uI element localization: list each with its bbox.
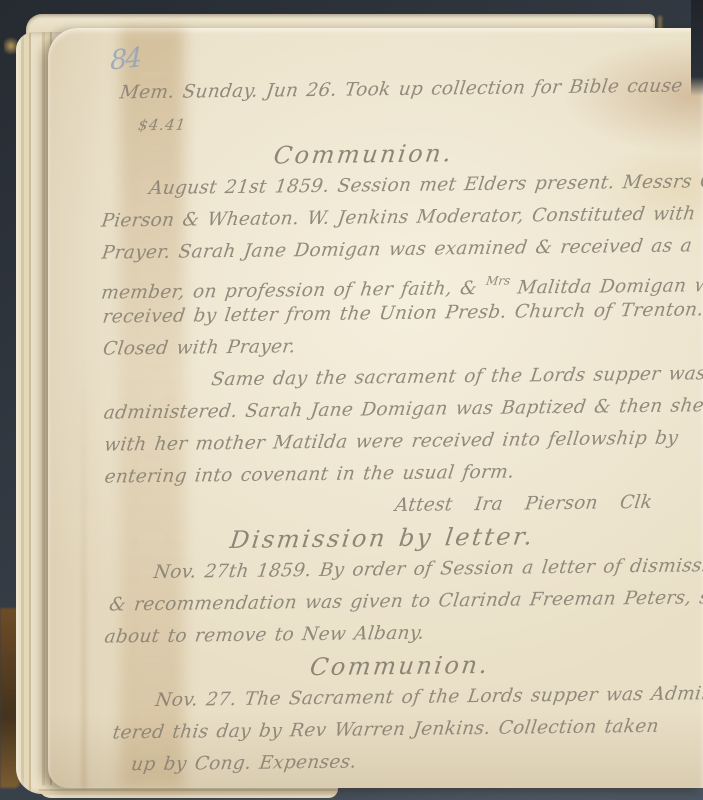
handwritten-text: Mem. Sunday. Jun 26. Took up collection … bbox=[90, 70, 703, 781]
page-number: 84 bbox=[110, 42, 140, 76]
page-crease bbox=[82, 358, 86, 788]
body-line: up by Cong. Expenses. bbox=[129, 742, 703, 781]
manuscript-page: 84 Mem. Sunday. Jun 26. Took up collecti… bbox=[48, 28, 703, 788]
attest-signature-line: Attest Ira Pierson Clk bbox=[393, 486, 703, 522]
cover-edge-right bbox=[691, 0, 703, 96]
book-photo: 84 Mem. Sunday. Jun 26. Took up collecti… bbox=[0, 0, 703, 800]
